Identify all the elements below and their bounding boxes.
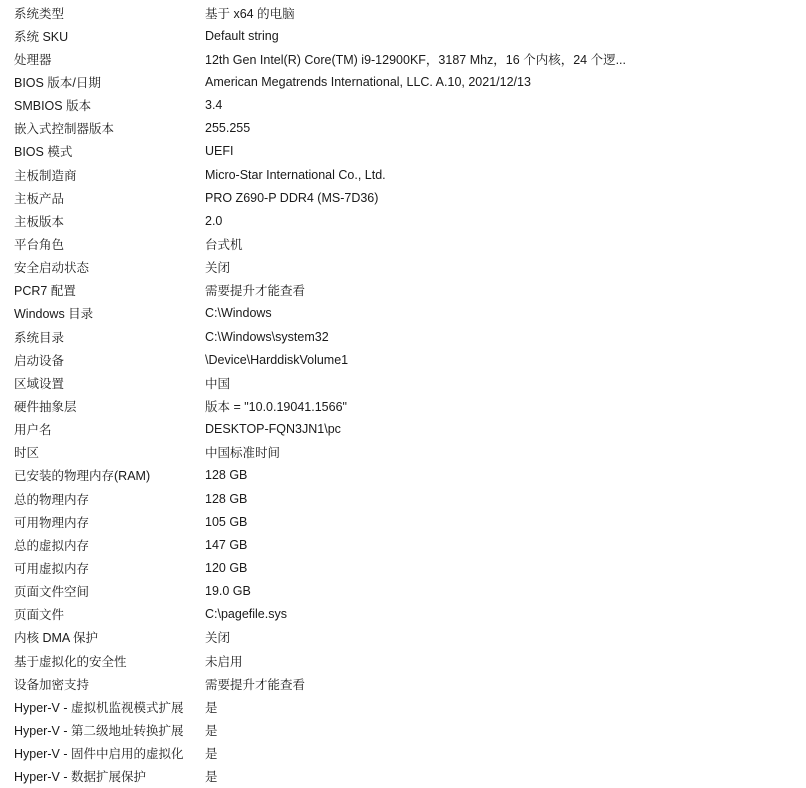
item-label: 设备加密支持	[14, 675, 205, 693]
system-info-row[interactable]: 可用物理内存 105 GB	[0, 510, 806, 533]
system-info-row[interactable]: BIOS 版本/日期 American Megatrends Internati…	[0, 70, 806, 93]
item-value: DESKTOP-FQN3JN1\pc	[205, 422, 806, 436]
item-label: 嵌入式控制器版本	[14, 119, 205, 137]
item-label: PCR7 配置	[14, 281, 205, 299]
item-value: 105 GB	[205, 515, 806, 529]
item-label: 系统类型	[14, 4, 205, 22]
item-value: Micro-Star International Co., Ltd.	[205, 168, 806, 182]
system-info-row[interactable]: 已安装的物理内存(RAM) 128 GB	[0, 464, 806, 487]
item-value: 版本 = "10.0.19041.1566"	[205, 397, 806, 415]
item-label: Hyper-V - 第二级地址转换扩展	[14, 721, 205, 739]
item-label: BIOS 模式	[14, 142, 205, 160]
item-value: American Megatrends International, LLC. …	[205, 75, 806, 89]
item-label: Windows 目录	[14, 304, 205, 322]
item-label: 处理器	[14, 50, 205, 68]
item-label: 主板产品	[14, 189, 205, 207]
item-value: 需要提升才能查看	[205, 281, 806, 299]
system-info-row[interactable]: 时区 中国标准时间	[0, 441, 806, 464]
system-info-row[interactable]: 用户名 DESKTOP-FQN3JN1\pc	[0, 418, 806, 441]
item-label: 平台角色	[14, 235, 205, 253]
system-info-row[interactable]: 嵌入式控制器版本 255.255	[0, 117, 806, 140]
item-value: 是	[205, 767, 806, 785]
system-info-row[interactable]: 页面文件 C:\pagefile.sys	[0, 603, 806, 626]
item-value: 12th Gen Intel(R) Core(TM) i9-12900KF，31…	[205, 50, 806, 68]
item-label: 用户名	[14, 420, 205, 438]
system-info-row[interactable]: SMBIOS 版本 3.4	[0, 94, 806, 117]
item-value: 关闭	[205, 628, 806, 646]
system-info-list: 系统类型 基于 x64 的电脑 系统 SKU Default string 处理…	[0, 0, 806, 788]
system-info-row[interactable]: 内核 DMA 保护 关闭	[0, 626, 806, 649]
system-info-row[interactable]: 平台角色 台式机	[0, 232, 806, 255]
system-info-row[interactable]: 主板制造商 Micro-Star International Co., Ltd.	[0, 163, 806, 186]
system-info-row[interactable]: 设备加密支持 需要提升才能查看	[0, 672, 806, 695]
item-value: 中国标准时间	[205, 443, 806, 461]
item-label: 页面文件空间	[14, 582, 205, 600]
item-value: 未启用	[205, 652, 806, 670]
item-value: 128 GB	[205, 492, 806, 506]
item-value: 2.0	[205, 214, 806, 228]
system-info-row[interactable]: PCR7 配置 需要提升才能查看	[0, 279, 806, 302]
system-info-row[interactable]: 总的虚拟内存 147 GB	[0, 533, 806, 556]
item-value: 128 GB	[205, 468, 806, 482]
item-label: 总的物理内存	[14, 490, 205, 508]
item-value: 19.0 GB	[205, 584, 806, 598]
item-label: 主板制造商	[14, 166, 205, 184]
item-label: 可用虚拟内存	[14, 559, 205, 577]
system-info-row[interactable]: 启动设备 \Device\HarddiskVolume1	[0, 348, 806, 371]
item-value: 需要提升才能查看	[205, 675, 806, 693]
system-info-row[interactable]: 页面文件空间 19.0 GB	[0, 580, 806, 603]
item-value: PRO Z690-P DDR4 (MS-7D36)	[205, 191, 806, 205]
item-value: Default string	[205, 29, 806, 43]
item-value: 147 GB	[205, 538, 806, 552]
item-value: 120 GB	[205, 561, 806, 575]
system-info-row[interactable]: 总的物理内存 128 GB	[0, 487, 806, 510]
item-value: 255.255	[205, 121, 806, 135]
item-label: 启动设备	[14, 351, 205, 369]
item-value: 3.4	[205, 98, 806, 112]
item-label: Hyper-V - 虚拟机监视模式扩展	[14, 698, 205, 716]
item-label: 系统目录	[14, 328, 205, 346]
item-value: C:\pagefile.sys	[205, 607, 806, 621]
item-value: 是	[205, 721, 806, 739]
system-info-row[interactable]: 系统 SKU Default string	[0, 24, 806, 47]
system-info-row[interactable]: Hyper-V - 数据扩展保护 是	[0, 765, 806, 788]
item-label: 页面文件	[14, 605, 205, 623]
item-value: C:\Windows\system32	[205, 330, 806, 344]
system-info-row[interactable]: 基于虚拟化的安全性 未启用	[0, 649, 806, 672]
system-info-row[interactable]: 系统目录 C:\Windows\system32	[0, 325, 806, 348]
system-info-row[interactable]: Hyper-V - 虚拟机监视模式扩展 是	[0, 695, 806, 718]
item-label: 系统 SKU	[14, 27, 205, 45]
system-info-row[interactable]: 区域设置 中国	[0, 371, 806, 394]
item-label: 基于虚拟化的安全性	[14, 652, 205, 670]
system-info-row[interactable]: BIOS 模式 UEFI	[0, 140, 806, 163]
item-value: 中国	[205, 374, 806, 392]
system-info-row[interactable]: Hyper-V - 固件中启用的虚拟化 是	[0, 742, 806, 765]
item-label: 主板版本	[14, 212, 205, 230]
system-info-row[interactable]: 硬件抽象层 版本 = "10.0.19041.1566"	[0, 394, 806, 417]
item-label: 安全启动状态	[14, 258, 205, 276]
item-label: BIOS 版本/日期	[14, 73, 205, 91]
item-label: Hyper-V - 数据扩展保护	[14, 767, 205, 785]
item-value: 是	[205, 744, 806, 762]
system-info-row[interactable]: Windows 目录 C:\Windows	[0, 302, 806, 325]
system-info-row[interactable]: 主板产品 PRO Z690-P DDR4 (MS-7D36)	[0, 186, 806, 209]
system-info-row[interactable]: Hyper-V - 第二级地址转换扩展 是	[0, 718, 806, 741]
item-label: 内核 DMA 保护	[14, 628, 205, 646]
item-label: 可用物理内存	[14, 513, 205, 531]
item-value: C:\Windows	[205, 306, 806, 320]
system-info-row[interactable]: 安全启动状态 关闭	[0, 256, 806, 279]
item-label: Hyper-V - 固件中启用的虚拟化	[14, 744, 205, 762]
item-label: SMBIOS 版本	[14, 96, 205, 114]
item-label: 已安装的物理内存(RAM)	[14, 466, 205, 484]
item-value: 关闭	[205, 258, 806, 276]
item-value: UEFI	[205, 144, 806, 158]
system-info-row[interactable]: 可用虚拟内存 120 GB	[0, 556, 806, 579]
item-value: 台式机	[205, 235, 806, 253]
system-info-row[interactable]: 系统类型 基于 x64 的电脑	[0, 1, 806, 24]
item-label: 总的虚拟内存	[14, 536, 205, 554]
item-label: 区域设置	[14, 374, 205, 392]
system-info-row[interactable]: 处理器 12th Gen Intel(R) Core(TM) i9-12900K…	[0, 47, 806, 70]
item-label: 时区	[14, 443, 205, 461]
item-value: 基于 x64 的电脑	[205, 4, 806, 22]
system-info-row[interactable]: 主板版本 2.0	[0, 209, 806, 232]
item-value: 是	[205, 698, 806, 716]
item-value: \Device\HarddiskVolume1	[205, 353, 806, 367]
item-label: 硬件抽象层	[14, 397, 205, 415]
